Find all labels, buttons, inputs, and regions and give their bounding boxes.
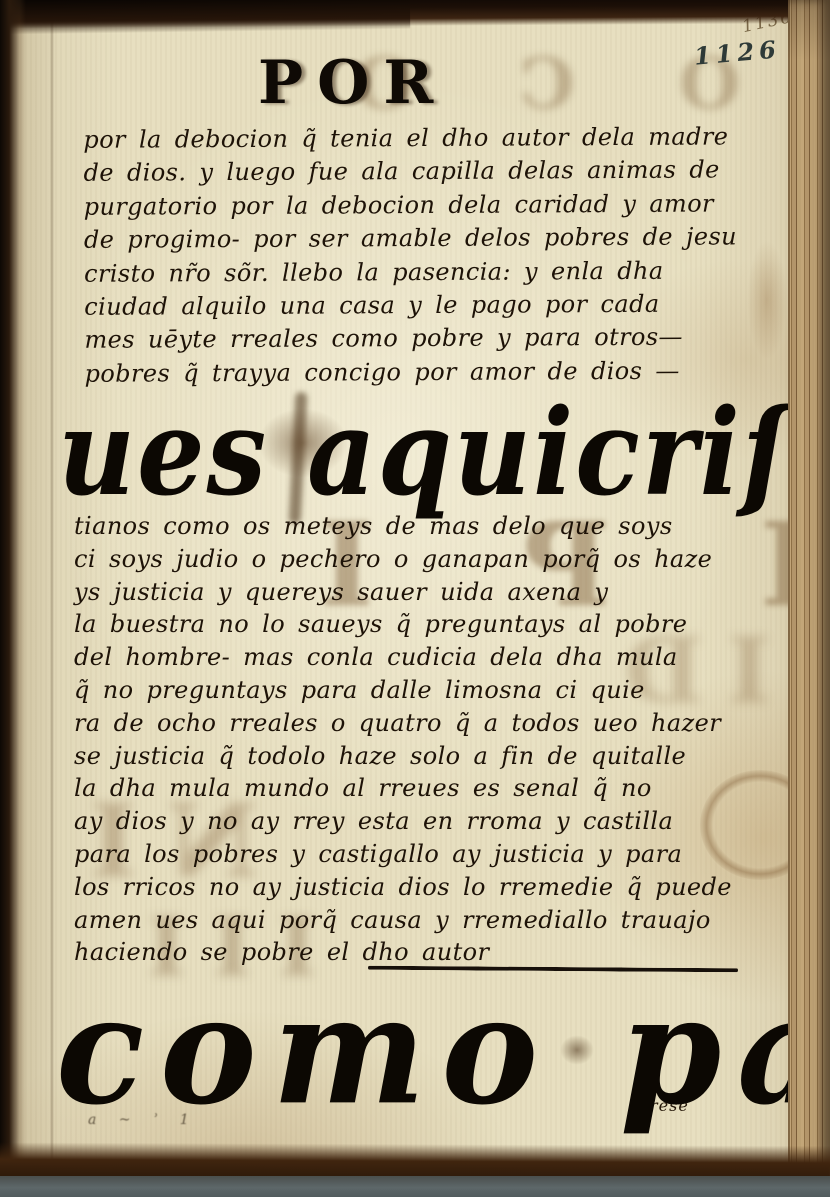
manuscript-text-line: q̃ no preguntays para dalle limosna ci q… <box>74 674 774 707</box>
manuscript-text-line: se justicia q̃ todolo haze solo a fin de… <box>74 740 774 773</box>
manuscript-text-line: del hombre- mas conla cudicia dela dha m… <box>74 641 774 674</box>
manuscript-text-line: la buestra no lo saueys q̃ preguntays al… <box>74 608 774 641</box>
manuscript-text-line: ys justicia y quereys sauer uida axena y <box>74 576 774 609</box>
manuscript-text-line: ay dios y no ay rrey esta en rroma y cas… <box>74 805 774 838</box>
manuscript-text-line: de progimo- por ser amable delos pobres … <box>84 220 774 257</box>
manuscript-text-line: purgatorio por la debocion dela caridad … <box>84 187 774 224</box>
manuscript-text-line: ciudad alquilo una casa y le pago por ca… <box>84 287 774 324</box>
manuscript-text-line: mes uēyte rreales como pobre y para otro… <box>84 321 774 358</box>
display-script-line-2: como pa <box>56 962 830 1138</box>
display-script-line-1: ues aquicriſ <box>58 382 789 522</box>
page-stack-edge <box>788 0 830 1197</box>
paragraph-1: por la debocion q̃ tenia el dho autor de… <box>83 120 774 391</box>
manuscript-text-line: ra de ocho rreales o quatro q̃ a todos u… <box>74 707 774 740</box>
manuscript-text-line: la dha mula mundo al rreues es senal q̃ … <box>74 772 774 805</box>
manuscript-text-line: amen ues aqui porq̃ causa y rremediallo … <box>74 904 774 937</box>
page-fold-line <box>50 20 54 1170</box>
book-top-edge-shadow <box>0 0 410 35</box>
manuscript-text-line: por la debocion q̃ tenia el dho autor de… <box>83 120 773 157</box>
manuscript-text-line: para los pobres y castigallo ay justicia… <box>74 838 774 871</box>
manuscript-scan: O C O I P I NI ID III 1136 1126 POR por … <box>0 0 830 1197</box>
page-title: POR <box>258 48 447 118</box>
manuscript-text-line: de dios. y luego fue ala capilla delas a… <box>83 154 773 191</box>
manuscript-text-line: cristo nr̃o sõr. llebo la pasencia: y en… <box>84 254 774 291</box>
manuscript-text-line: ci soys judio o pechero o ganapan porq̃ … <box>74 543 774 576</box>
paragraph-2: tianos como os meteys de mas delo que so… <box>74 510 774 969</box>
scan-bottom-strip <box>0 1176 830 1197</box>
book-gutter-edge <box>0 0 26 1197</box>
manuscript-text-line: los rricos no ay justicia dios lo rremed… <box>74 871 774 904</box>
